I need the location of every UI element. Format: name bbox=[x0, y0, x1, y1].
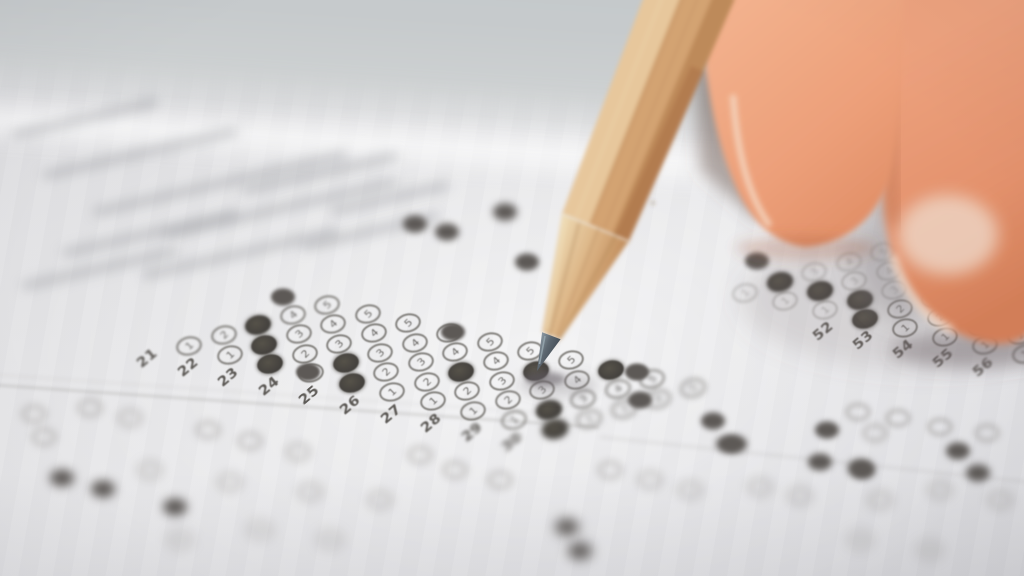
index-finger-pad-shading bbox=[736, 236, 876, 260]
graphite-tip bbox=[537, 332, 561, 371]
hand-and-pencil-overlay bbox=[0, 0, 1024, 576]
middle-finger-pressed-spot bbox=[898, 195, 998, 275]
wood-grain-speck bbox=[651, 201, 654, 204]
pencil-tip-shadow-core bbox=[525, 372, 565, 386]
photo-answer-sheet-scene: 2112452213452323452413452523452612452712… bbox=[0, 0, 1024, 576]
pencil bbox=[537, 0, 735, 371]
index-finger bbox=[698, 0, 903, 247]
